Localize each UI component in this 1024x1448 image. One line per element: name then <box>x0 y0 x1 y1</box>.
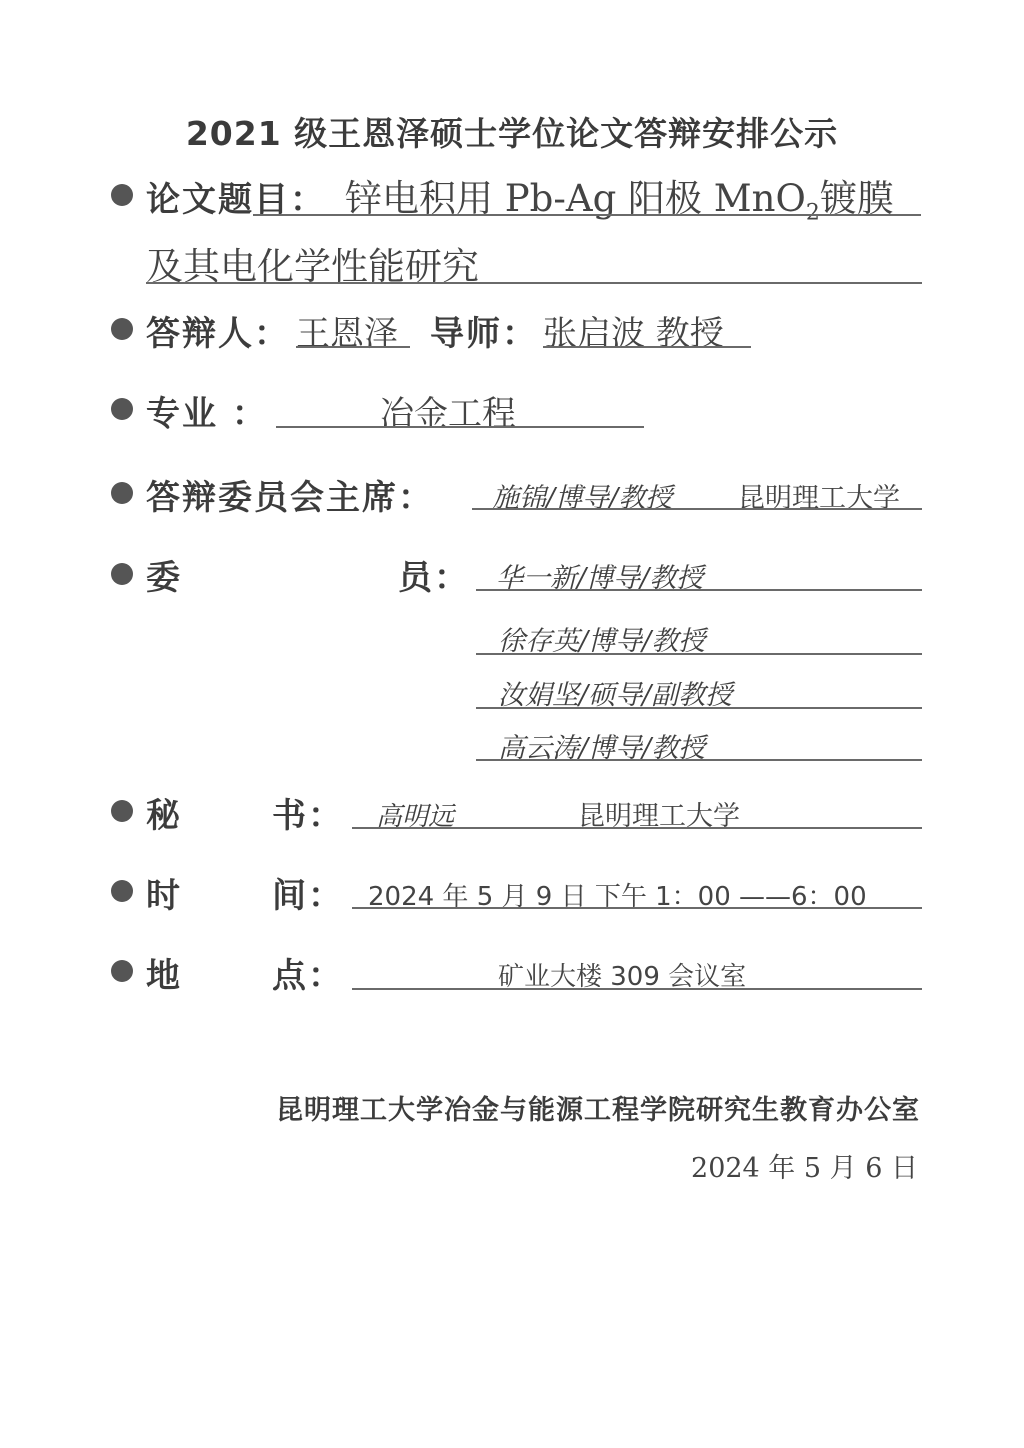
location-underline <box>352 988 922 990</box>
bullet-icon <box>111 960 133 982</box>
thesis-title-line1: 锌电积用 Pb-Ag 阳极 MnO2镀膜 <box>345 168 894 225</box>
bullet-icon <box>111 880 133 902</box>
defender-underline <box>296 346 410 348</box>
bullet-icon <box>111 398 133 420</box>
time-underline <box>352 907 922 909</box>
time-label-left: 时 <box>146 868 182 917</box>
members-label-left: 委 <box>146 550 182 599</box>
time-label-right: 间： <box>272 868 344 917</box>
bullet-icon <box>111 318 133 340</box>
member-underline <box>476 653 922 655</box>
members-label-right: 员： <box>398 550 470 599</box>
secretary-label-left: 秘 <box>146 788 182 837</box>
bullet-icon <box>111 563 133 585</box>
bullet-icon <box>111 184 133 206</box>
member-underline <box>476 707 922 709</box>
advisor-label: 导师： <box>430 306 538 355</box>
thesis-underline-2 <box>146 282 922 284</box>
major-underline <box>276 426 644 428</box>
major-label: 专业 ： <box>146 386 268 435</box>
defender-label: 答辩人： <box>146 306 290 355</box>
advisor-underline <box>543 346 751 348</box>
secretary-underline <box>352 827 922 829</box>
chair-label: 答辩委员会主席： <box>146 470 434 519</box>
member-underline <box>476 759 922 761</box>
secretary-label-right: 书： <box>272 788 344 837</box>
thesis-subscript: 2 <box>806 200 820 225</box>
location-label-right: 点： <box>272 948 344 997</box>
footer-date: 2024 年 5 月 6 日 <box>691 1146 918 1185</box>
page-title: 2021 级王恩泽硕士学位论文答辩安排公示 <box>0 108 1024 155</box>
member-underline <box>476 589 922 591</box>
bullet-icon <box>111 800 133 822</box>
footer-organization: 昆明理工大学冶金与能源工程学院研究生教育办公室 <box>276 1088 920 1127</box>
chair-underline <box>472 508 922 510</box>
bullet-icon <box>111 482 133 504</box>
thesis-underline-1 <box>253 214 921 216</box>
location-label-left: 地 <box>146 948 182 997</box>
